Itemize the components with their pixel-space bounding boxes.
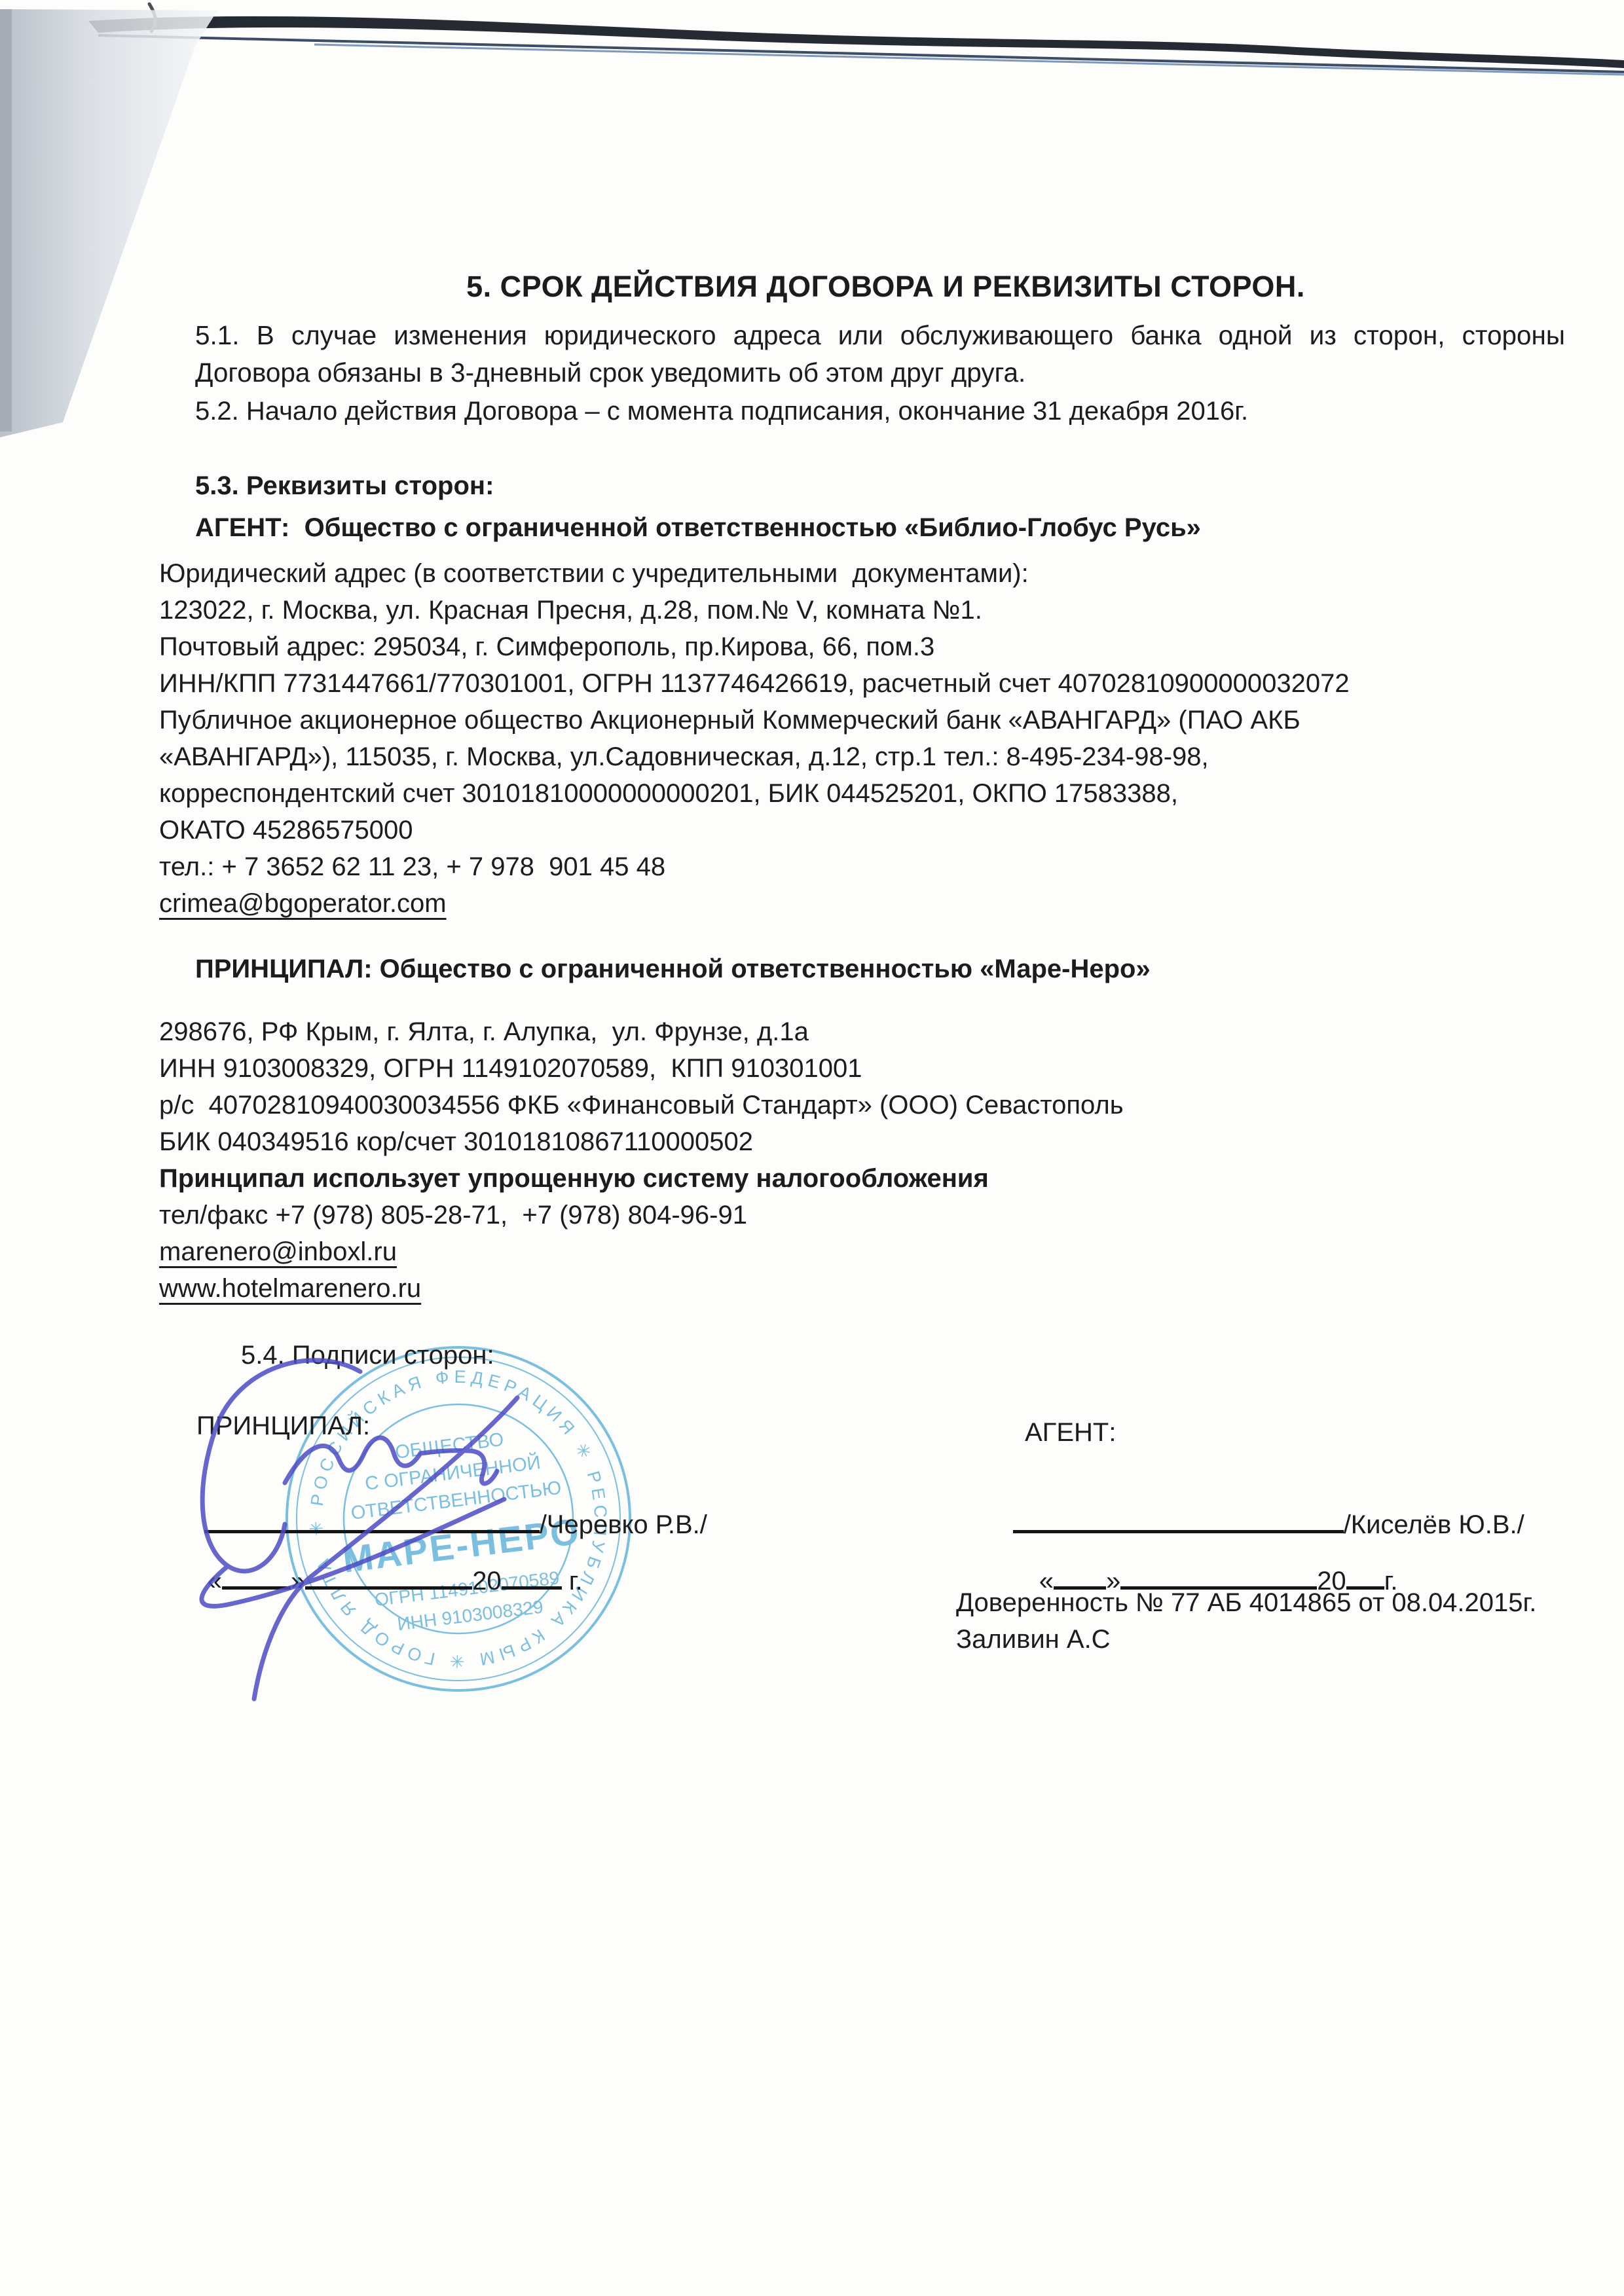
scanned-contract-page: ✳ РОССИЙСКАЯ ФЕДЕРАЦИЯ ✳ РЕСПУБЛИКА КРЫМ… [0,0,1624,2296]
agent-detail-line: «АВАНГАРД»), 115035, г. Москва, ул.Садов… [159,738,1350,775]
principal-phone-line: тел/факс +7 (978) 805-28-71, +7 (978) 80… [159,1197,1124,1233]
agent-heading: АГЕНТ: Общество с ограниченной ответстве… [195,509,1201,546]
agent-detail-line: 123022, г. Москва, ул. Красная Пресня, д… [159,592,1350,629]
attorney-line: Доверенность № 77 АБ 4014865 от 08.04.20… [956,1584,1536,1621]
principal-detail-line: 298676, РФ Крым, г. Ялта, г. Алупка, ул.… [159,1013,1124,1050]
clause-5-2: 5.2. Начало действия Договора – с момент… [195,393,1248,429]
agent-detail-line: корреспондентский счет 30101810000000000… [159,775,1350,812]
agent-signature-label: АГЕНТ: [1025,1414,1116,1451]
principal-tax-note: Принципал использует упрощенную систему … [159,1160,1124,1197]
clause-5-1-line1: 5.1. В случае изменения юридического адр… [195,317,1565,354]
agent-detail-line: ОКАТО 45286575000 [159,812,1350,848]
handwritten-signature [151,1336,622,1741]
agent-details-block: Юридический адрес (в соответствии с учре… [159,555,1350,922]
principal-detail-line: БИК 040349516 кор/счет 30101810867110000… [159,1123,1124,1160]
principal-detail-line: р/с 40702810940030034556 ФКБ «Финансовый… [159,1087,1124,1123]
section-title: 5. СРОК ДЕЙСТВИЯ ДОГОВОРА И РЕКВИЗИТЫ СТ… [206,270,1565,304]
agent-signatory-name: /Киселёв Ю.В./ [1344,1510,1524,1539]
principal-detail-line: ИНН 9103008329, ОГРН 1149102070589, КПП … [159,1050,1124,1087]
clause-5-1: 5.1. В случае изменения юридического адр… [195,317,1565,392]
agent-detail-line: Почтовый адрес: 295034, г. Симферополь, … [159,629,1350,665]
contract-text-layer: 5. СРОК ДЕЙСТВИЯ ДОГОВОРА И РЕКВИЗИТЫ СТ… [0,0,1624,2296]
principal-website: www.hotelmarenero.ru [159,1270,1124,1307]
clause-5-1-line2: Договора обязаны в 3-дневный срок уведом… [195,354,1565,392]
clause-5-3-heading: 5.3. Реквизиты сторон: [195,467,494,504]
agent-detail-line: ИНН/КПП 7731447661/770301001, ОГРН 11377… [159,665,1350,702]
agent-email: crimea@bgoperator.com [159,885,1350,922]
principal-email: marenero@inboxl.ru [159,1233,1124,1270]
agent-detail-line: Публичное акционерное общество Акционерн… [159,702,1350,738]
principal-details-block: 298676, РФ Крым, г. Ялта, г. Алупка, ул.… [159,1013,1124,1307]
agent-signature-line [1013,1530,1344,1533]
agent-detail-line: тел.: + 7 3652 62 11 23, + 7 978 901 45 … [159,848,1350,885]
attorney-name: Заливин А.С [956,1621,1111,1658]
agent-detail-line: Юридический адрес (в соответствии с учре… [159,555,1350,592]
principal-heading: ПРИНЦИПАЛ: Общество с ограниченной ответ… [195,951,1151,987]
